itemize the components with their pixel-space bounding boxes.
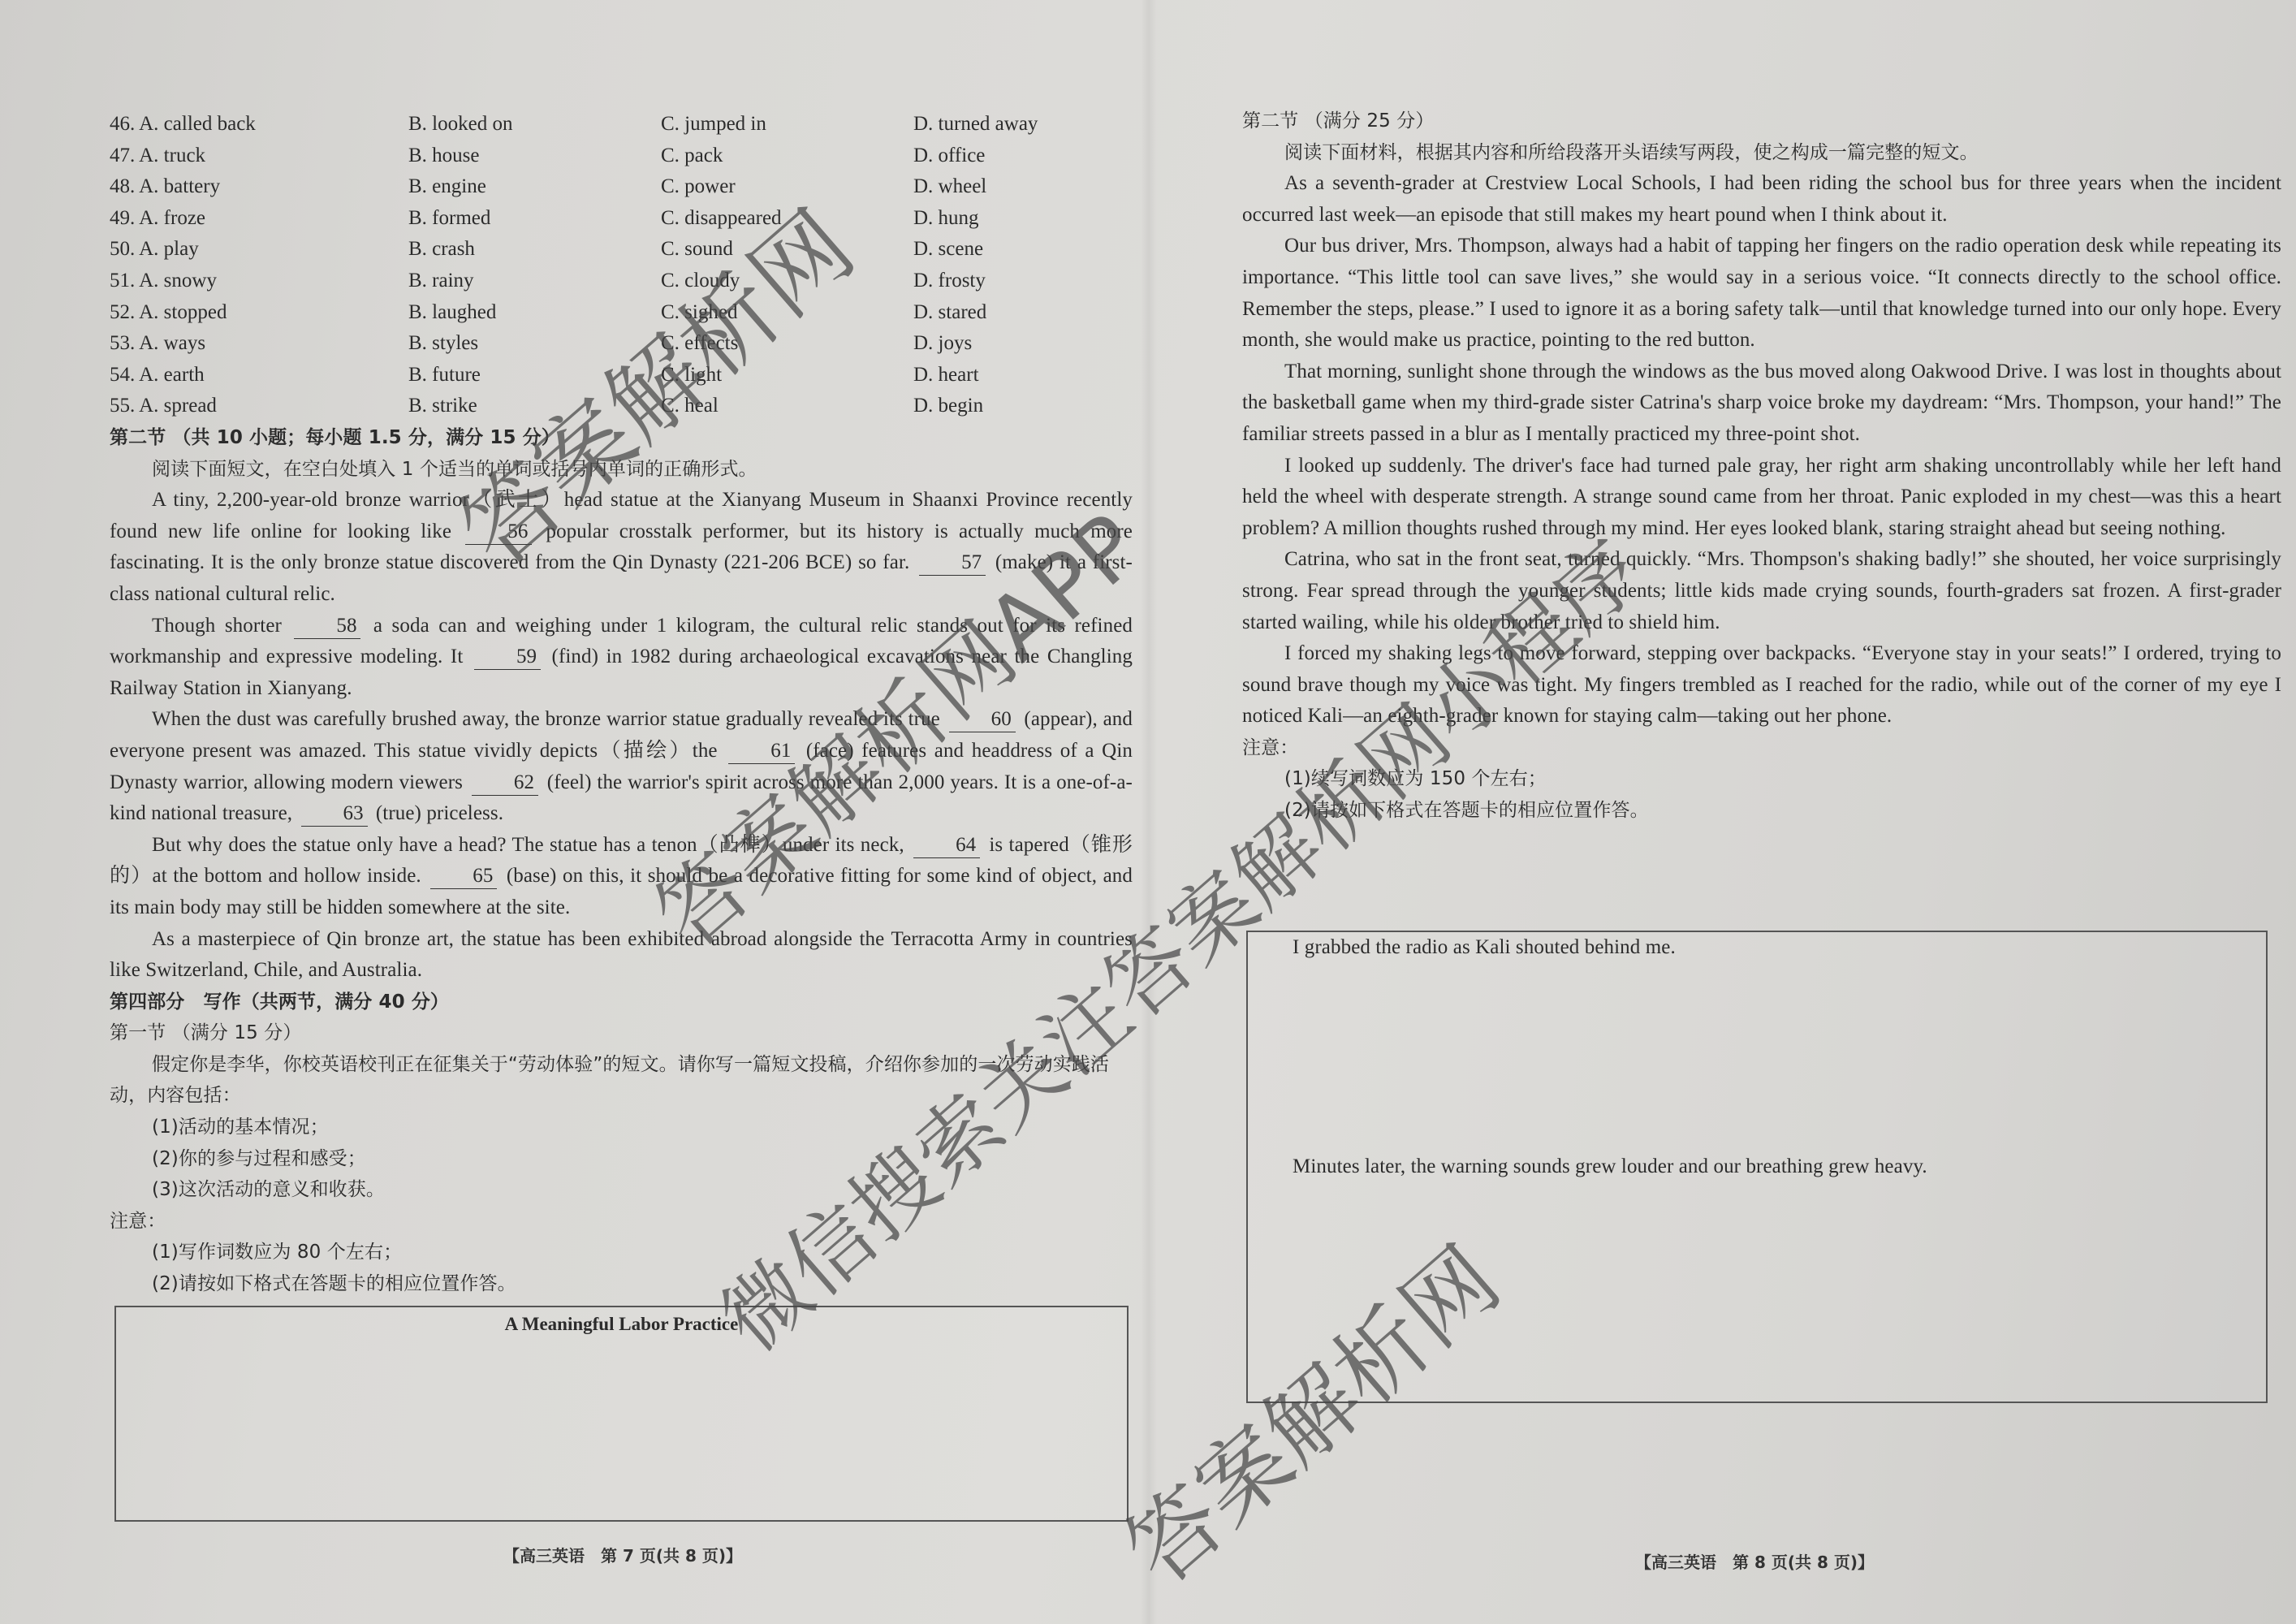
writing1-note-1: (1)写作词数应为 80 个左右； [110, 1237, 1133, 1268]
option-d[interactable]: D. frosty [913, 266, 986, 297]
blank-62[interactable]: 62 [472, 771, 538, 796]
option-c[interactable]: C. pack [661, 140, 723, 172]
option-a[interactable]: 55. A. spread [110, 391, 217, 422]
cloze-question-row: 48. A. batteryB. engineC. powerD. wheel [110, 171, 1149, 203]
option-a[interactable]: 46. A. called back [110, 109, 256, 140]
cloze-question-row: 49. A. frozeB. formedC. disappearedD. hu… [110, 203, 1149, 235]
option-a[interactable]: 47. A. truck [110, 140, 205, 172]
writing1-answer-box[interactable]: A Meaningful Labor Practice [114, 1306, 1129, 1522]
option-b[interactable]: B. strike [408, 391, 477, 422]
option-a[interactable]: 52. A. stopped [110, 297, 227, 329]
section-heading: 第二节 （满分 25 分） [1242, 106, 2281, 137]
option-b[interactable]: B. formed [408, 203, 490, 235]
option-d[interactable]: D. heart [913, 360, 979, 391]
option-d[interactable]: D. stared [913, 297, 986, 329]
story-paragraph-5: Catrina, who sat in the front seat, turn… [1242, 544, 2281, 638]
option-c[interactable]: C. power [661, 171, 736, 203]
option-b[interactable]: B. engine [408, 171, 486, 203]
blank-65[interactable]: 65 [430, 864, 497, 889]
continuation-start-1: I grabbed the radio as Kali shouted behi… [1293, 932, 1676, 964]
option-b[interactable]: B. looked on [408, 109, 512, 140]
text: (true) priceless. [376, 802, 503, 824]
blank-58[interactable]: 58 [294, 614, 360, 639]
option-b[interactable]: B. laughed [408, 297, 496, 329]
option-b[interactable]: B. styles [408, 328, 478, 360]
option-a[interactable]: 48. A. battery [110, 171, 220, 203]
part4-heading: 第四部分 写作（共两节，满分 40 分） [110, 987, 1133, 1018]
option-b[interactable]: B. crash [408, 234, 475, 266]
cloze-question-row: 46. A. called backB. looked onC. jumped … [110, 109, 1149, 140]
passage-paragraph-5: As a masterpiece of Qin bronze art, the … [110, 924, 1133, 987]
option-a[interactable]: 51. A. snowy [110, 266, 217, 297]
cloze-question-row: 50. A. playB. crashC. soundD. scene [110, 234, 1149, 266]
option-c[interactable]: C. jumped in [661, 109, 766, 140]
continuation-start-2: Minutes later, the warning sounds grew l… [1293, 1151, 1927, 1183]
page-footer: 【高三英语 第 8 页(共 8 页)】 [1635, 1549, 1874, 1573]
option-a[interactable]: 54. A. earth [110, 360, 205, 391]
option-b[interactable]: B. house [408, 140, 480, 172]
blank-64[interactable]: 64 [913, 833, 980, 858]
option-d[interactable]: D. turned away [913, 109, 1038, 140]
cloze-question-row: 47. A. truckB. houseC. packD. office [110, 140, 1149, 172]
passage-paragraph-4: But why does the statue only have a head… [110, 830, 1133, 924]
instruction: 阅读下面材料，根据其内容和所给段落开头语续写两段，使之构成一篇完整的短文。 [1242, 137, 2281, 169]
blank-59[interactable]: 59 [474, 645, 541, 670]
option-a[interactable]: 50. A. play [110, 234, 199, 266]
option-d[interactable]: D. wheel [913, 171, 986, 203]
story-paragraph-1: As a seventh-grader at Crestview Local S… [1242, 168, 2281, 231]
notes-label: 注意： [110, 1206, 1133, 1237]
blank-63[interactable]: 63 [301, 801, 368, 827]
option-a[interactable]: 49. A. froze [110, 203, 205, 235]
story-paragraph-3: That morning, sunlight shone through the… [1242, 356, 2281, 451]
page-footer: 【高三英语 第 7 页(共 8 页)】 [503, 1543, 742, 1566]
cloze-question-row: 51. A. snowyB. rainyC. cloudyD. frosty [110, 266, 1149, 297]
story-paragraph-4: I looked up suddenly. The driver's face … [1242, 451, 2281, 545]
text: Though shorter [152, 615, 282, 637]
answer-box-title: A Meaningful Labor Practice [116, 1314, 1127, 1335]
writing1-note-2: (2)请按如下格式在答题卡的相应位置作答。 [110, 1268, 1133, 1300]
exam-page-7: 46. A. called backB. looked onC. jumped … [0, 0, 1148, 1624]
option-d[interactable]: D. hung [913, 203, 979, 235]
option-d[interactable]: D. joys [913, 328, 972, 360]
option-d[interactable]: D. office [913, 140, 985, 172]
option-a[interactable]: 53. A. ways [110, 328, 205, 360]
option-b[interactable]: B. future [408, 360, 481, 391]
story-paragraph-2: Our bus driver, Mrs. Thompson, always ha… [1242, 231, 2281, 356]
option-d[interactable]: D. scene [913, 234, 983, 266]
option-b[interactable]: B. rainy [408, 266, 474, 297]
option-d[interactable]: D. begin [913, 391, 983, 422]
